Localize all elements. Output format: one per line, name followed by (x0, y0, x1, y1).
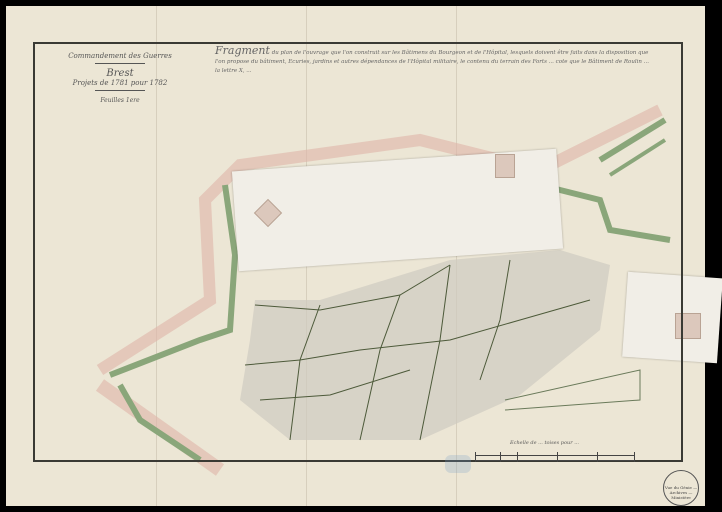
map-frame (33, 42, 683, 462)
scale-tick (475, 452, 476, 462)
library-stamp (445, 455, 471, 473)
scale-tick (500, 452, 501, 462)
scale-tick (557, 452, 558, 462)
rule (95, 90, 145, 91)
title-line-1: Commandement des Guerres (50, 52, 190, 60)
scale-tick (517, 452, 518, 462)
sheet-number: Feuilles 1ere (50, 97, 190, 104)
scale-tick (634, 452, 635, 462)
scale-bar (475, 455, 635, 461)
scale-tick (597, 452, 598, 462)
rule (95, 63, 145, 64)
city-title: Brest (50, 68, 190, 79)
years: Projets de 1781 pour 1782 (50, 79, 190, 87)
description-text: du plan de l'ouvrage que l'on construit … (215, 50, 649, 74)
description-cap: Fragment (215, 44, 270, 57)
archive-stamp: Vue du Génie — Archives — Ministère (663, 470, 699, 506)
title-block: Commandement des Guerres Brest Projets d… (50, 52, 190, 104)
map-description: Fragment du plan de l'ouvrage que l'on c… (215, 46, 655, 76)
scale-label: Echelle de ... toises pour ... (510, 440, 579, 446)
